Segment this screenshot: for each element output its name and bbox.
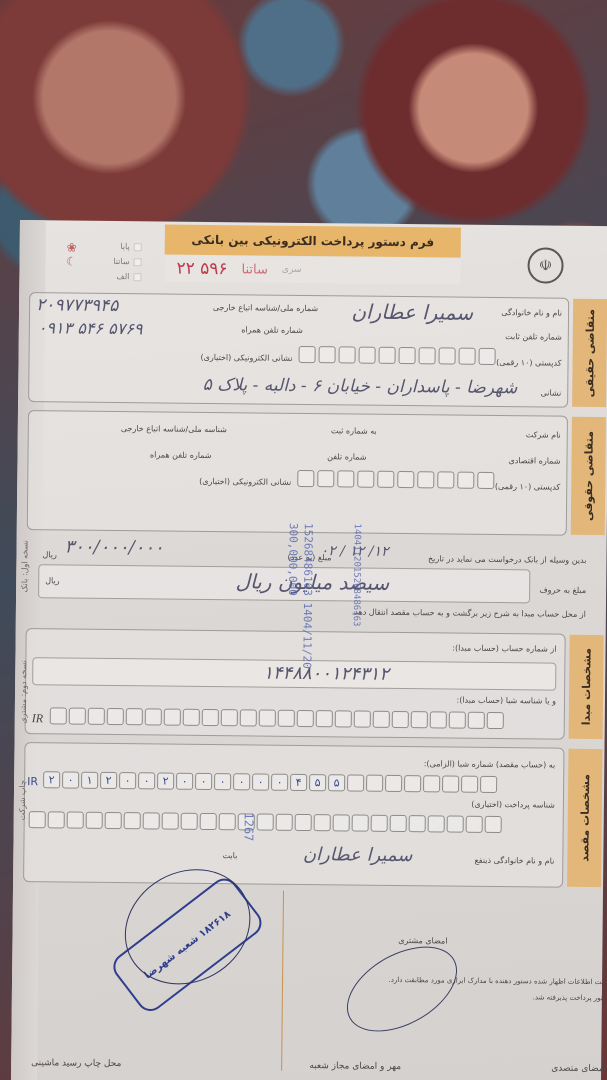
mobile-label: شماره تلفن همراه [241, 325, 303, 335]
amount-words-label: مبلغ به حروف [539, 585, 586, 594]
option-alef[interactable]: الف [85, 269, 141, 285]
declaration-line2: دستور پرداخت پذیرفته شد. [533, 993, 607, 1002]
legal-person-section: متقاضی حقوقی نام شرکت به شماره ثبت شناسه… [27, 410, 568, 536]
operator-signature-label: امضای متصدی [551, 1064, 606, 1075]
destination-sheba-prefix: IR [27, 775, 38, 788]
bank-emblem-icon: ☫ [527, 247, 563, 283]
payment-id-label: شناسه پرداخت (اختیاری) [471, 800, 555, 810]
form-title: فرم دستور پرداخت الکترونیکی بین بانکی [165, 225, 461, 258]
customer-signature [333, 929, 472, 1049]
company-name-label: نام شرکت [526, 430, 561, 439]
margin-copy-2: نسخه دوم: مشتری [19, 660, 29, 724]
source-section: مشخصات مبدا از شماره حساب (حساب مبدا): ۱… [25, 628, 566, 740]
option-paya[interactable]: پایا [86, 239, 142, 255]
customer-signature-label: امضای مشتری [398, 936, 447, 946]
natural-person-section: متقاضی حقیقی نام و نام خانوادگی سمیرا عط… [28, 292, 569, 408]
source-sheba-prefix: IR [32, 711, 43, 726]
stamp-code: 1267 [242, 812, 256, 841]
margin-copy-3: چاپ شرکت [18, 780, 27, 820]
currency-label: ریال [42, 550, 56, 559]
stamp-amount: 300,000,000 [286, 523, 300, 596]
email-label: نشانی الکترونیکی (اختیاری) [200, 353, 292, 363]
purpose-label: بابت [223, 851, 238, 860]
transfer-type-options: پایا ساتنا الف [61, 238, 141, 287]
registration-label: به شماره ثبت [331, 426, 377, 435]
destination-section: مشخصات مقصد به (حساب مقصد) شماره شبا (ال… [23, 742, 564, 888]
instruction-line1: بدین وسیله از بانک درخواست می نماید در ت… [428, 554, 587, 565]
legal-postal-code-boxes[interactable] [297, 470, 494, 489]
legal-postal-code-label: کدپستی (۱۰ رقمی) [495, 482, 560, 492]
margin-copy-1: نسخه اول: بانک [20, 540, 30, 593]
branch-stamp-label: مهر و امضای مجاز شعبه [309, 1061, 401, 1072]
source-sheba-label: و یا شناسه شبا (حساب مبدا): [456, 696, 556, 706]
name-value[interactable]: سمیرا عطاران [351, 299, 473, 324]
amount-numeric-value[interactable]: ۳۰۰/۰۰۰/۰۰۰ [64, 536, 163, 558]
serial-box: ۲۲ ۵۹۶ ساتنا سری [164, 256, 460, 285]
payment-id-boxes[interactable] [29, 811, 502, 833]
currency-words-label: ریال [45, 576, 59, 585]
destination-sheba-label: به (حساب مقصد) شماره شبا (الزامی): [424, 759, 556, 769]
serial-number: ۲۲ ۵۹۶ [176, 259, 227, 280]
mobile-value[interactable]: ۰۹۱۳ ۵۴۶ ۵۷۶۹ [38, 318, 143, 338]
economic-code-label: شماره اقتصادی [508, 456, 560, 466]
side-tab-destination: مشخصات مقصد [567, 749, 602, 887]
instruction-line3: از محل حساب مبدا به شرح زیر برگشت و به ح… [352, 607, 586, 618]
national-id-label: شماره ملی/شناسه اتباع خارجی [213, 303, 318, 313]
destination-sheba-boxes[interactable]: ۲۰۱۲۰۰۲۰۰۰۰۰۰۴۵۵ [43, 771, 497, 793]
source-account-field[interactable]: ۱۴۴۸۸۰۰۱۲۴۳۱۲ [32, 657, 556, 690]
legal-national-id-label: شناسه ملی/شناسه اتباع خارجی [121, 424, 227, 434]
side-tab-source: مشخصات مبدا [569, 635, 604, 739]
legal-mobile-label: شماره تلفن همراه [150, 450, 212, 460]
stamp-faint-code: 1404112015268486163 [351, 523, 362, 626]
payment-order-form: فرم دستور پرداخت الکترونیکی بین بانکی ۲۲… [11, 220, 607, 1080]
national-id-value[interactable]: ۲۰۹۷۷۳۹۴۵ [36, 295, 118, 316]
serial-stamp: ساتنا [241, 262, 268, 277]
footer-divider [281, 891, 284, 1071]
checkbox[interactable] [134, 243, 142, 251]
postal-code-label: کدپستی (۱۰ رقمی) [496, 358, 561, 368]
side-tab-legal-person: متقاضی حقوقی [571, 417, 606, 535]
postal-code-boxes[interactable] [299, 346, 496, 365]
amount-words-field[interactable]: ریال سیصد میلیون ریال [38, 564, 530, 603]
name-label: نام و نام خانوادگی [501, 308, 562, 318]
address-value[interactable]: شهرضا - پاسداران - خیابان ۶ - دالبه - پل… [203, 375, 518, 398]
landline-label: شماره تلفن ثابت [505, 332, 562, 342]
source-account-label: از شماره حساب (حساب مبدا): [452, 644, 556, 654]
source-sheba-boxes[interactable] [50, 707, 504, 729]
side-tab-natural-person: متقاضی حقیقی [572, 299, 607, 407]
beneficiary-value[interactable]: سمیرا عطاران [303, 844, 413, 866]
stamp-reference: 1404/11/20 15268486163 [300, 523, 315, 669]
legal-email-label: نشانی الکترونیکی (اختیاری) [199, 477, 291, 487]
checkbox[interactable] [133, 273, 141, 281]
beneficiary-label: نام و نام خانوادگی ذینفع [474, 856, 554, 866]
receipt-print-label: محل چاپ رسید ماشینی [31, 1058, 121, 1069]
serial-label: سری [282, 265, 302, 275]
checkbox[interactable] [134, 258, 142, 266]
option-satna[interactable]: ساتنا [85, 254, 141, 270]
legal-phone-label: شماره تلفن [327, 452, 366, 461]
source-account-value[interactable]: ۱۴۴۸۸۰۰۱۲۴۳۱۲ [263, 663, 389, 685]
address-label: نشانی [540, 388, 561, 397]
